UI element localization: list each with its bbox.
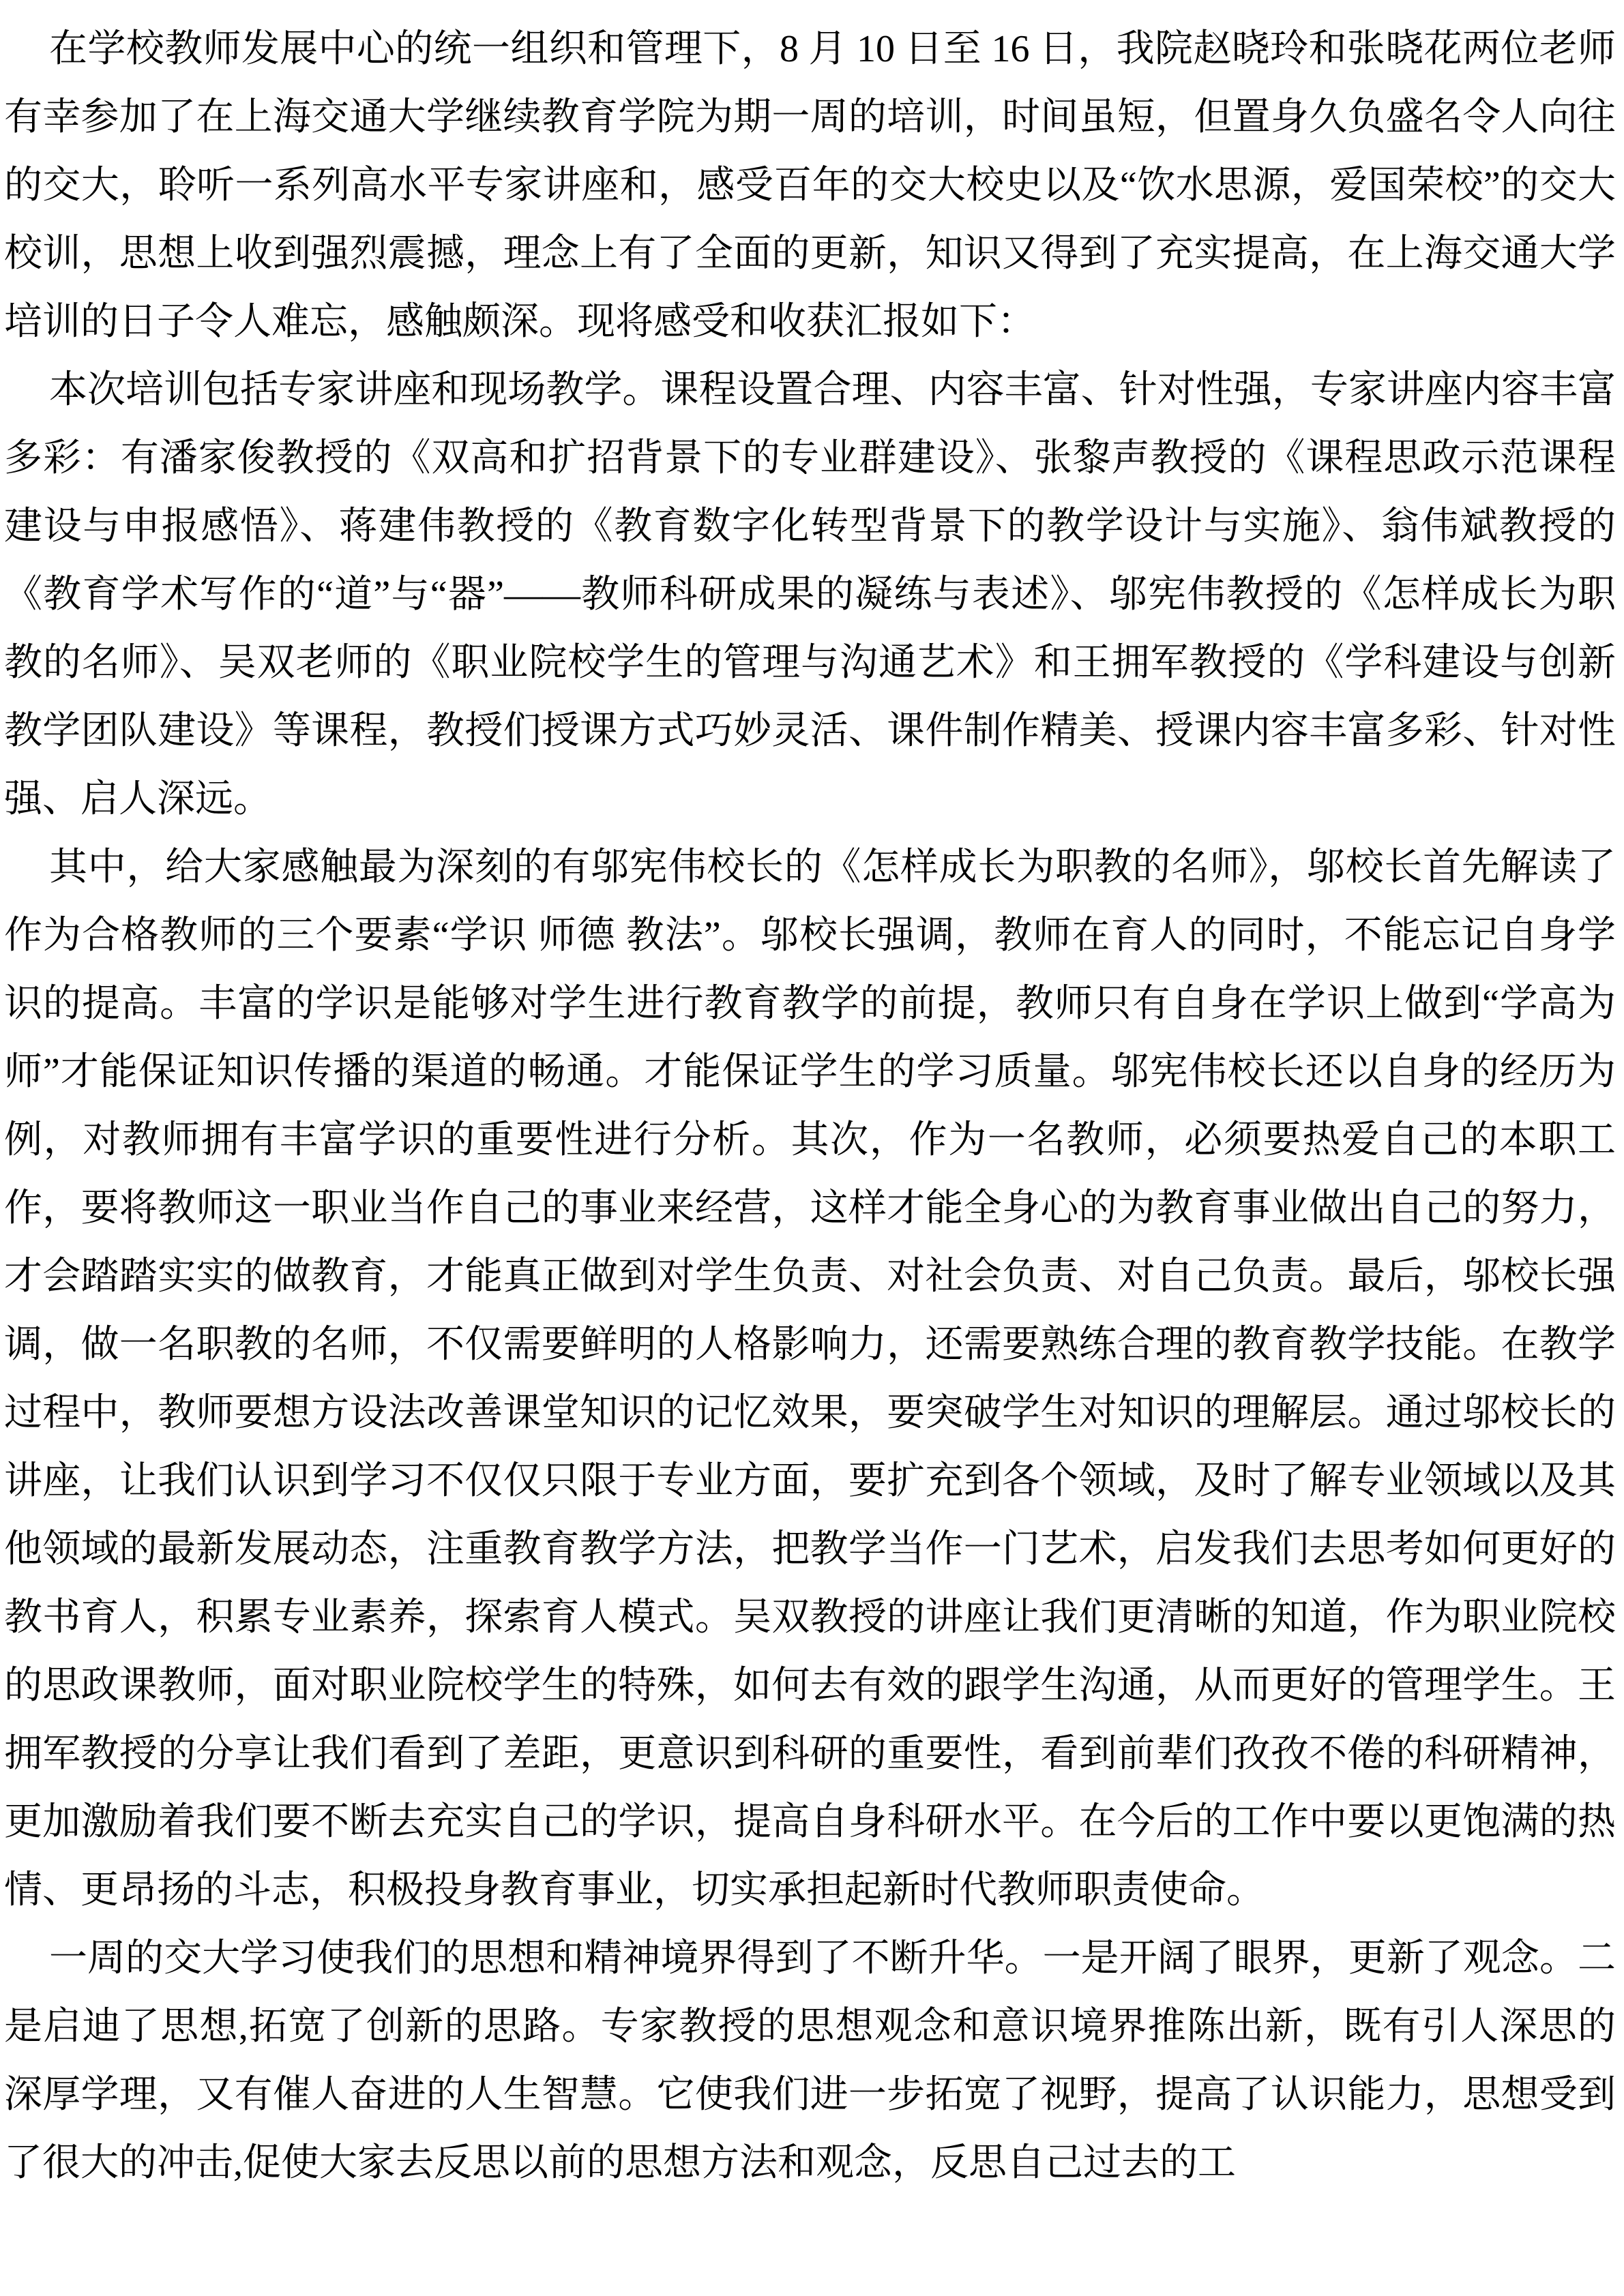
paragraph-training-courses: 本次培训包括专家讲座和现场教学。课程设置合理、内容丰富、针对性强，专家讲座内容丰… (4, 356, 1616, 833)
paragraph-intro: 在学校教师发展中心的统一组织和管理下，8 月 10 日至 16 日，我院赵晓玲和… (4, 15, 1616, 356)
paragraph-summary: 一周的交大学习使我们的思想和精神境界得到了不断升华。一是开阔了眼界，更新了观念。… (4, 1924, 1616, 2197)
document-text-body: 在学校教师发展中心的统一组织和管理下，8 月 10 日至 16 日，我院赵晓玲和… (4, 15, 1616, 2197)
document-page: 在学校教师发展中心的统一组织和管理下，8 月 10 日至 16 日，我院赵晓玲和… (0, 0, 1624, 2296)
paragraph-lecture-reflections: 其中，给大家感触最为深刻的有邬宪伟校长的《怎样成长为职教的名师》，邬校长首先解读… (4, 833, 1616, 1924)
